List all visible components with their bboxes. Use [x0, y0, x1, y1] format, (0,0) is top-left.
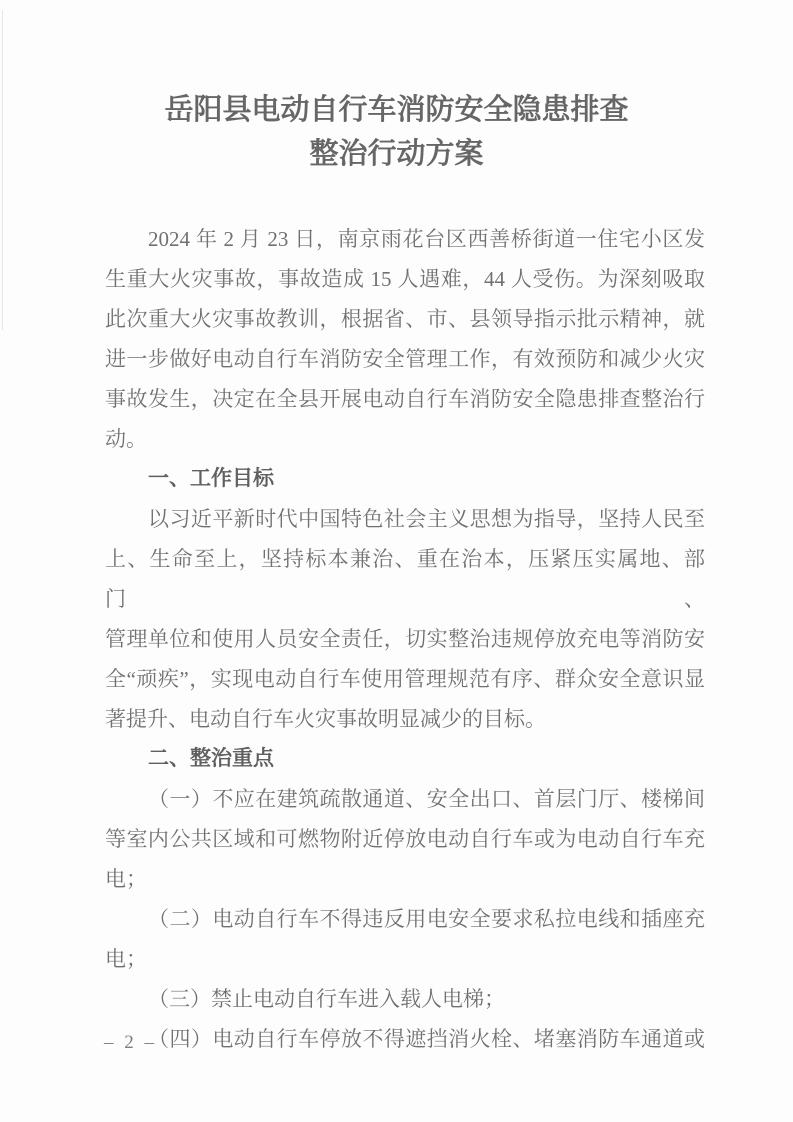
paragraph-line: 动。 [105, 419, 705, 459]
paragraph-line: 进一步做好电动自行车消防安全管理工作，有效预防和减少火灾 [105, 339, 705, 379]
page-number: – 2 – [104, 1032, 157, 1054]
paragraph-line: 以习近平新时代中国特色社会主义思想为指导，坚持人民至 [105, 499, 705, 539]
paragraph-line: 全“顽疾”，实现电动自行车使用管理规范有序、群众安全意识显 [105, 659, 705, 699]
paragraph-line: 生重大火灾事故，事故造成 15 人遇难，44 人受伤。为深刻吸取 [105, 259, 705, 299]
title-line-1: 岳阳县电动自行车消防安全隐患排查 [0, 88, 793, 132]
list-item-line: （二）电动自行车不得违反用电安全要求私拉电线和插座充 [105, 899, 705, 939]
list-item-line: 电； [105, 859, 705, 899]
list-item-line: （三）禁止电动自行车进入载人电梯； [105, 979, 705, 1019]
paragraph-line: 著提升、电动自行车火灾事故明显减少的目标。 [105, 699, 705, 739]
paragraph-line: 此次重大火灾事故教训，根据省、市、县领导指示批示精神，就 [105, 299, 705, 339]
paragraph-line: 事故发生，决定在全县开展电动自行车消防安全隐患排查整治行 [105, 379, 705, 419]
document-page: 岳阳县电动自行车消防安全隐患排查 整治行动方案 2024 年 2 月 23 日，… [0, 0, 793, 1122]
title-line-2: 整治行动方案 [0, 132, 793, 176]
paragraph-line: 2024 年 2 月 23 日，南京雨花台区西善桥街道一住宅小区发 [105, 219, 705, 259]
paragraph-line: 管理单位和使用人员安全责任，切实整治违规停放充电等消防安 [105, 619, 705, 659]
paragraph-line: 上、生命至上，坚持标本兼治、重在治本，压紧压实属地、部门、 [105, 539, 705, 619]
list-item-line: （四）电动自行车停放不得遮挡消火栓、堵塞消防车通道或 [105, 1019, 705, 1059]
document-title: 岳阳县电动自行车消防安全隐患排查 整治行动方案 [0, 88, 793, 176]
section-heading-2: 二、整治重点 [105, 739, 705, 779]
list-item-line: 等室内公共区域和可燃物附近停放电动自行车或为电动自行车充 [105, 819, 705, 859]
section-heading-1: 一、工作目标 [105, 459, 705, 499]
list-item-line: 电； [105, 939, 705, 979]
list-item-line: （一）不应在建筑疏散通道、安全出口、首层门厅、楼梯间 [105, 779, 705, 819]
document-body: 2024 年 2 月 23 日，南京雨花台区西善桥街道一住宅小区发 生重大火灾事… [105, 219, 705, 1059]
